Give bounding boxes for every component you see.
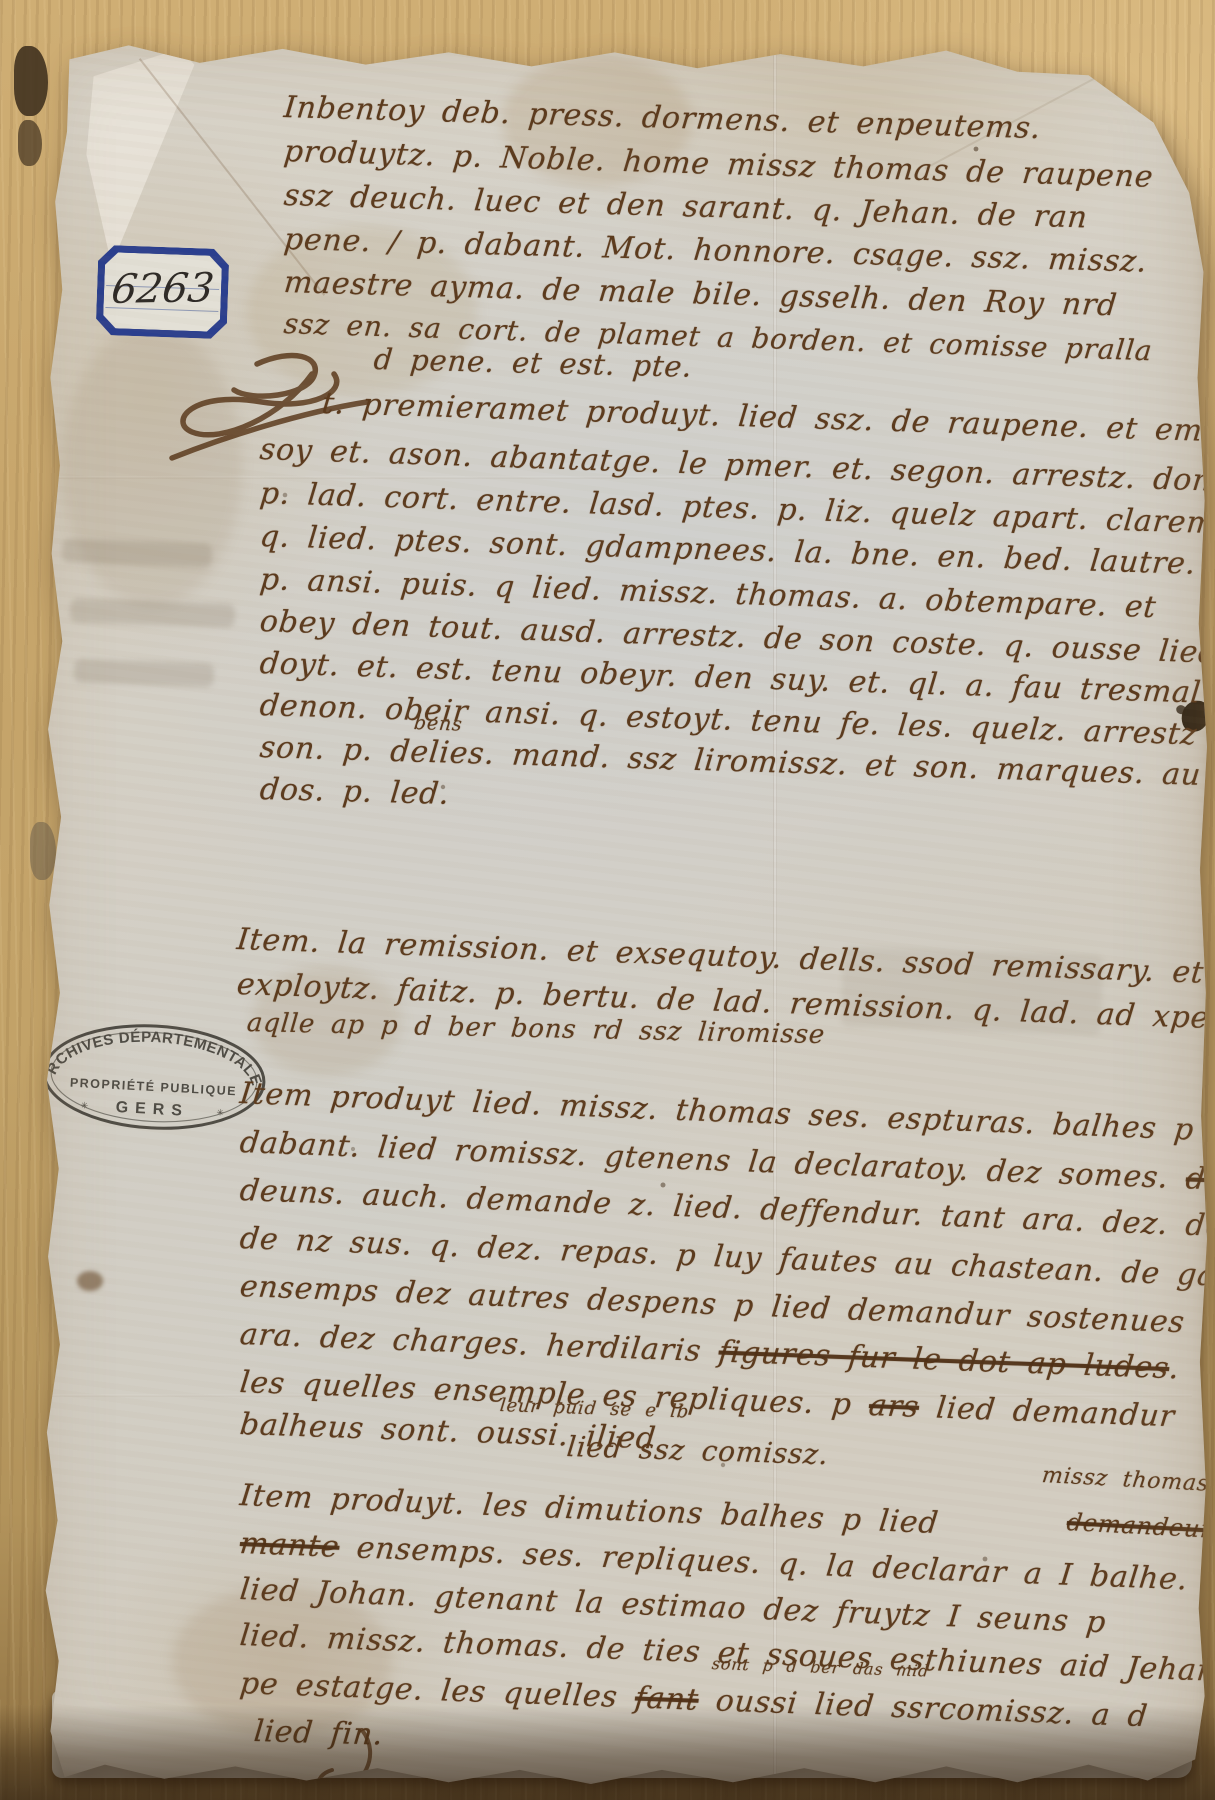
- handwritten-line: bens: [413, 712, 464, 736]
- ink-text: ssz deuch. luec et den sarant. q. Jehan.…: [282, 178, 1089, 235]
- ink-text: pene. / p. dabant. Mot. honnore. csage. …: [282, 222, 1149, 280]
- handwritten-line: balheus sont. oussi. ilied: [238, 1407, 658, 1456]
- svg-text:ARCHIVES DÉPARTEMENTALES: ARCHIVES DÉPARTEMENTALES: [35, 1015, 268, 1089]
- handwritten-line: mante ensemps. ses. repliques. q. la dec…: [238, 1526, 1215, 1599]
- archive-stamp: ARCHIVES DÉPARTEMENTALES PROPRIÉTÉ PUBLI…: [35, 1015, 273, 1139]
- handwritten-line: doyt. et. est. tenu obeyr. den suy. et. …: [258, 646, 1203, 710]
- table-shadow: [0, 1705, 1215, 1800]
- archive-label-face: 6263: [103, 252, 223, 332]
- handwritten-line: lied ssz comissz.: [565, 1430, 830, 1471]
- ink-text: lied demandur: [917, 1390, 1176, 1434]
- ink-text: bens: [413, 712, 464, 736]
- handwritten-line: t. premieramet produyt. lied ssz. de rau…: [320, 386, 1215, 452]
- handwritten-line: maestre ayma. de male bile. gsselh. den …: [282, 265, 1119, 323]
- handwritten-line: sont p d ber das mid: [711, 1654, 930, 1681]
- struck-text: demandeur. lg: [1065, 1508, 1215, 1546]
- handwritten-line: Inbentoy deb. press. dormens. et enpeute…: [282, 90, 1042, 146]
- ink-specks: [22, 26, 24, 28]
- archive-label: 6263: [95, 245, 229, 340]
- ink-text: denon. obeir ansi. q. estoyt. tenu fe. l…: [258, 688, 1199, 752]
- stain: [502, 56, 692, 186]
- handwritten-line: ensemps dez autres despens p lied demand…: [238, 1269, 1187, 1340]
- ink-text: produytz. p. Noble. home missz thomas de…: [282, 134, 1155, 195]
- ink-text: p. lad. cort. entre. lasd. ptes. p. liz.…: [258, 476, 1215, 543]
- ink-text: q. lied. ptes. sont. gdampnees. la. bne.…: [258, 519, 1215, 583]
- handwritten-line: Item produyt. les dimutions balhes p lie…: [238, 1478, 940, 1541]
- handwritten-line: missz thomas. le: [1040, 1463, 1215, 1499]
- handwritten-line: les quelles ensemple es repliques. p ars…: [238, 1365, 1177, 1434]
- handwritten-line: soy et. ason. abantatge. le pmer. et. se…: [258, 432, 1215, 501]
- struck-text: mante: [238, 1526, 341, 1565]
- ink-text: Item. la remission. et exsequtoy. dells.…: [235, 922, 1206, 991]
- ink-text: les quelles ensemple es repliques. p: [238, 1365, 871, 1423]
- handwritten-line: p. ansi. puis. q lied. missz. thomas. a.…: [258, 562, 1158, 625]
- handwritten-line: produytz. p. Noble. home missz thomas de…: [282, 134, 1155, 195]
- ink-text: ensemps dez autres despens p lied demand…: [238, 1269, 1187, 1340]
- handwritten-line: ssz deuch. luec et den sarant. q. Jehan.…: [282, 178, 1089, 235]
- handwritten-line: dabant. lied romissz. gtenens la declara…: [238, 1125, 1215, 1199]
- struck-text: ars: [867, 1388, 921, 1425]
- handwritten-line: ara. dez charges. herdilaris figures fur…: [238, 1317, 1181, 1386]
- handwriting-layer: Inbentoy deb. press. dormens. et enpeute…: [22, 26, 1207, 1784]
- handwritten-line: q. lied. ptes. sont. gdampnees. la. bne.…: [258, 519, 1215, 583]
- ink-text: exploytz. faitz. p. bertu. de lad. remis…: [235, 967, 1215, 1039]
- corner-fold-crease: [72, 44, 252, 274]
- handwritten-line: d pene. et est. pte.: [372, 342, 694, 384]
- ink-text: Inbentoy deb. press. dormens. et enpeute…: [282, 90, 1042, 146]
- bleed-through-text: [74, 659, 215, 688]
- ink-text: lied Johan. gtenant la estimao dez fruyt…: [238, 1572, 1108, 1640]
- ink-text: Item produyt lied. missz. thomas ses. es…: [238, 1076, 1196, 1148]
- ink-spot: [77, 1271, 103, 1291]
- struck-text: dmis: [1184, 1161, 1215, 1199]
- ink-text: aqlle ap p d ber bons rd ssz liromisse: [246, 1008, 827, 1050]
- ink-text: lied ssz comissz.: [565, 1430, 830, 1471]
- ink-text: dabant. lied romissz. gtenens la declara…: [238, 1125, 1188, 1196]
- ink-text: d pene. et est. pte.: [372, 342, 694, 384]
- handwritten-line: pene. / p. dabant. Mot. honnore. csage. …: [282, 222, 1149, 280]
- struck-text: figures fur le dot ap ludes: [717, 1335, 1171, 1386]
- ink-text: .: [1167, 1351, 1181, 1386]
- handwritten-line: lied Johan. gtenant la estimao dez fruyt…: [238, 1572, 1108, 1640]
- ink-text: missz thomas. le: [1040, 1463, 1215, 1499]
- paper-wrapper: 6263 ARCHIVES DÉPARTEMENTALES PROPRIÉTÉ …: [0, 0, 1215, 1800]
- stain: [252, 966, 402, 1076]
- manuscript-photo: 6263 ARCHIVES DÉPARTEMENTALES PROPRIÉTÉ …: [0, 0, 1215, 1800]
- ink-text: dos. p. led.: [258, 772, 451, 812]
- stain: [247, 226, 477, 396]
- handwritten-line: exploytz. faitz. p. bertu. de lad. remis…: [235, 967, 1215, 1039]
- label-number: 6263: [101, 265, 224, 313]
- handwritten-line: demandeur. lg: [1065, 1508, 1215, 1546]
- ink-text: leur puid se e lb: [499, 1395, 690, 1423]
- stain: [62, 326, 242, 606]
- ink-text: ensemps. ses. repliques. q. la declarar …: [338, 1530, 1215, 1599]
- bleed-through-text: [62, 538, 213, 567]
- ink-text: lied. missz. thomas. de ties et ssoues e…: [238, 1618, 1215, 1689]
- handwritten-line: lied. missz. thomas. de ties et ssoues e…: [238, 1618, 1215, 1689]
- handwritten-line: deuns. auch. demande z. lied. deffendur.…: [238, 1173, 1215, 1246]
- handwritten-line: leur puid se e lb: [499, 1395, 690, 1423]
- bleed-through-text: [841, 946, 1104, 1035]
- handwritten-line: de nz sus. q. dez. repas. p luy fautes a…: [238, 1221, 1215, 1296]
- handwritten-line: ssz en. sa cort. de plamet a borden. et …: [282, 307, 1154, 367]
- ink-blot: [1178, 697, 1211, 735]
- ink-text: deuns. auch. demande z. lied. deffendur.…: [238, 1173, 1215, 1246]
- ink-text: obey den tout. ausd. arrestz. de son cos…: [258, 604, 1215, 675]
- ink-text: son. p. delies. mand. ssz liromissz. et …: [258, 730, 1203, 793]
- stamp-ornament-left: ✳: [80, 1101, 89, 1111]
- initial-flourish: [162, 346, 382, 476]
- ink-text: Item produyt. les dimutions balhes p lie…: [238, 1478, 940, 1541]
- horizontal-crease: [42, 1394, 1192, 1397]
- vertical-fold-crease: [773, 46, 777, 1776]
- ink-text: t. premieramet produyt. lied ssz. de rau…: [320, 386, 1215, 452]
- horizontal-crease: [42, 476, 1192, 479]
- ink-text: balheus sont. oussi. ilied: [238, 1407, 658, 1456]
- handwritten-line: denon. obeir ansi. q. estoyt. tenu fe. l…: [258, 688, 1199, 752]
- handwritten-line: son. p. delies. mand. ssz liromissz. et …: [258, 730, 1203, 793]
- ink-text: ssz en. sa cort. de plamet a borden. et …: [282, 307, 1154, 367]
- handwritten-line: Item produyt lied. missz. thomas ses. es…: [238, 1076, 1196, 1148]
- ink-text: de nz sus. q. dez. repas. p luy fautes a…: [238, 1221, 1215, 1296]
- handwritten-line: p. lad. cort. entre. lasd. ptes. p. liz.…: [258, 476, 1215, 543]
- handwritten-line: obey den tout. ausd. arrestz. de son cos…: [258, 604, 1215, 675]
- ink-text: doyt. et. est. tenu obeyr. den suy. et. …: [258, 646, 1203, 710]
- diagonal-crease: [924, 64, 1119, 169]
- ink-text: sont p d ber das mid: [711, 1654, 930, 1681]
- ink-text: p. ansi. puis. q lied. missz. thomas. a.…: [258, 562, 1158, 625]
- handwritten-line: Item. la remission. et exsequtoy. dells.…: [235, 922, 1206, 991]
- stamp-middle-text: PROPRIÉTÉ PUBLIQUE: [70, 1075, 238, 1099]
- diagonal-crease: [139, 58, 325, 296]
- bleed-through-text: [70, 598, 236, 628]
- paper-sheet: 6263 ARCHIVES DÉPARTEMENTALES PROPRIÉTÉ …: [22, 26, 1207, 1784]
- stamp-arc-text: ARCHIVES DÉPARTEMENTALES: [35, 1015, 268, 1089]
- ink-text: soy et. ason. abantatge. le pmer. et. se…: [258, 432, 1215, 501]
- stamp-bottom-text: GERS: [115, 1099, 189, 1120]
- handwritten-line: dos. p. led.: [258, 772, 451, 812]
- ink-text: maestre ayma. de male bile. gsselh. den …: [282, 265, 1119, 323]
- handwritten-line: aqlle ap p d ber bons rd ssz liromisse: [246, 1008, 827, 1050]
- ink-text: ara. dez charges. herdilaris: [238, 1317, 720, 1369]
- stamp-ornament-right: ✳: [216, 1108, 225, 1118]
